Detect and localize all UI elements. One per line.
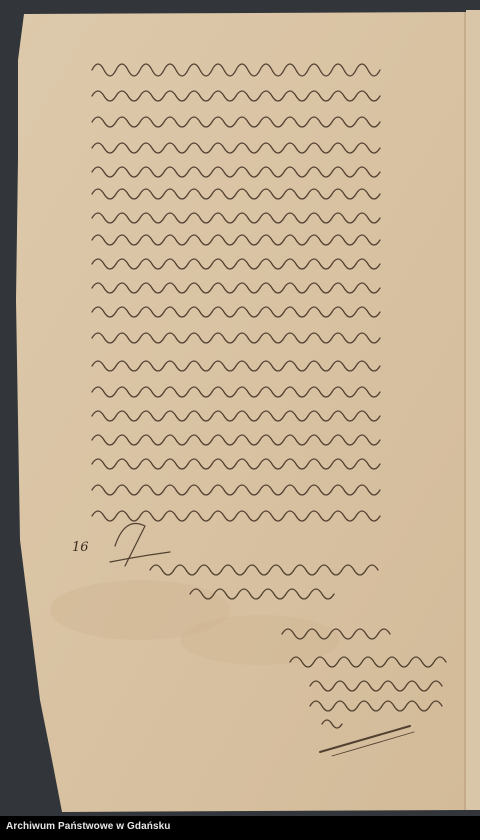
caption-bar: Archiwum Państwowe w Gdańsku — [0, 816, 480, 840]
document-viewer: 16 — [0, 0, 480, 816]
archive-caption: Archiwum Państwowe w Gdańsku — [6, 821, 171, 832]
handwritten-text — [0, 0, 480, 816]
date-fragment: 16 — [72, 540, 89, 555]
